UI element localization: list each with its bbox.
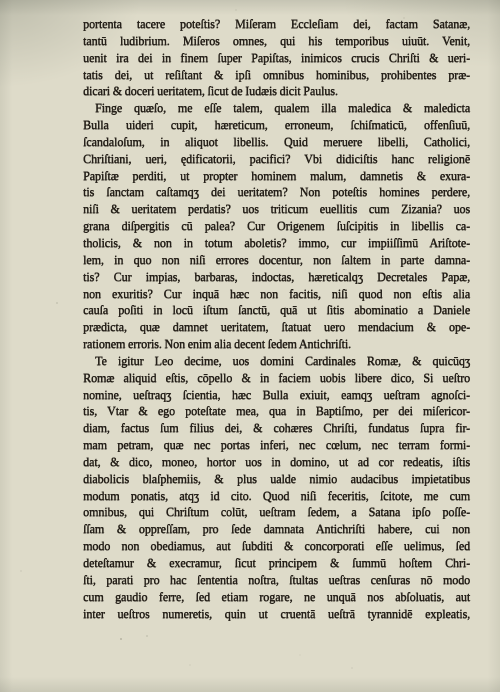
text-line: cum gaudio ferre, ſed etiam rogare, ne u…: [83, 589, 470, 606]
text-line: rationem erroris. Non enim alia decent ſ…: [83, 336, 470, 353]
text-line: Te igitur Leo decime, uos domini Cardina…: [83, 353, 470, 370]
text-line: Chriſtiani, ueri, ędificatorii, pacifici…: [83, 151, 470, 168]
text-line: lem, in quo non niſi errores docentur, n…: [83, 252, 470, 269]
text-line: uenit ira dei in finem ſuper Papiſtas, i…: [83, 50, 470, 67]
text-line: tis, Vtar & ego poteſtate mea, qua in Ba…: [83, 403, 470, 420]
text-line: prædicta, quæ damnet ueritatem, ſtatuat …: [83, 319, 470, 336]
text-line: tholicis, & non in totum aboletis? immo,…: [83, 235, 470, 252]
text-line: Bulla uideri cupit, hæreticum, erroneum,…: [83, 117, 470, 134]
text-line: mam petram, quæ nec portas inferi, nec c…: [83, 437, 470, 454]
text-line: grana diſpergitis cū palea? Cur Origenem…: [83, 218, 470, 235]
text-line: modum ponatis, atqʒ id cito. Quod niſi f…: [83, 488, 470, 505]
text-line: tis? Cur impias, barbaras, indoctas, hær…: [83, 269, 470, 286]
text-line: diabolicis blaſphemiis, & plus ualde nim…: [83, 471, 470, 488]
text-line: modo non obediamus, aut ſubditi & concor…: [83, 538, 470, 555]
text-line: Romæ aliquid eſtis, cōpello & in faciem …: [83, 370, 470, 387]
text-line: Finge quæſo, me eſſe talem, qualem illa …: [83, 100, 470, 117]
text-line: ſti, parati pro hac ſententia noſtra, ſt…: [83, 572, 470, 589]
text-line: niſi & ueritatem perdatis? uos triticum …: [83, 201, 470, 218]
text-line: inter ueſtros numeretis, quin ut cruentā…: [83, 606, 470, 623]
text-line: portenta tacere poteſtis? Miſeram Eccleſ…: [83, 16, 470, 33]
text-line: tantū ludibrium. Miſeros omnes, qui his …: [83, 33, 470, 50]
text-block: portenta tacere poteſtis? Miſeram Eccleſ…: [83, 16, 470, 622]
text-line: diam, factus ſum filius dei, & cohæres C…: [83, 420, 470, 437]
text-line: tis ſanctam caſtamqʒ dei ueritatem? Non …: [83, 184, 470, 201]
text-line: cauſa poſiti in locū iſtum ſanctū, quā u…: [83, 302, 470, 319]
text-line: deteſtamur & execramur, ſicut principem …: [83, 555, 470, 572]
text-line: tatis dei, ut reſiſtant & ipſi omnibus h…: [83, 67, 470, 84]
text-line: dicari & doceri ueritatem, ſicut de Iudæ…: [83, 83, 470, 100]
text-line: omnibus, qui Chriſtum colūt, ueſtram ſed…: [83, 504, 470, 521]
text-line: ſcandaloſum, in aliquot libellis. Quid m…: [83, 134, 470, 151]
text-line: non exuritis? Cur inquā hæc non facitis,…: [83, 286, 470, 303]
text-line: ſſam & oppreſſam, pro ſede damnata Antic…: [83, 521, 470, 538]
text-line: nomine, ueſtraqʒ ſcientia, hæc Bulla exi…: [83, 387, 470, 404]
book-page: portenta tacere poteſtis? Miſeram Eccleſ…: [0, 0, 500, 692]
text-line: Papiſtæ perditi, ut propter hominem malu…: [83, 168, 470, 185]
text-line: dat, & dico, moneo, hortor uos in domino…: [83, 454, 470, 471]
